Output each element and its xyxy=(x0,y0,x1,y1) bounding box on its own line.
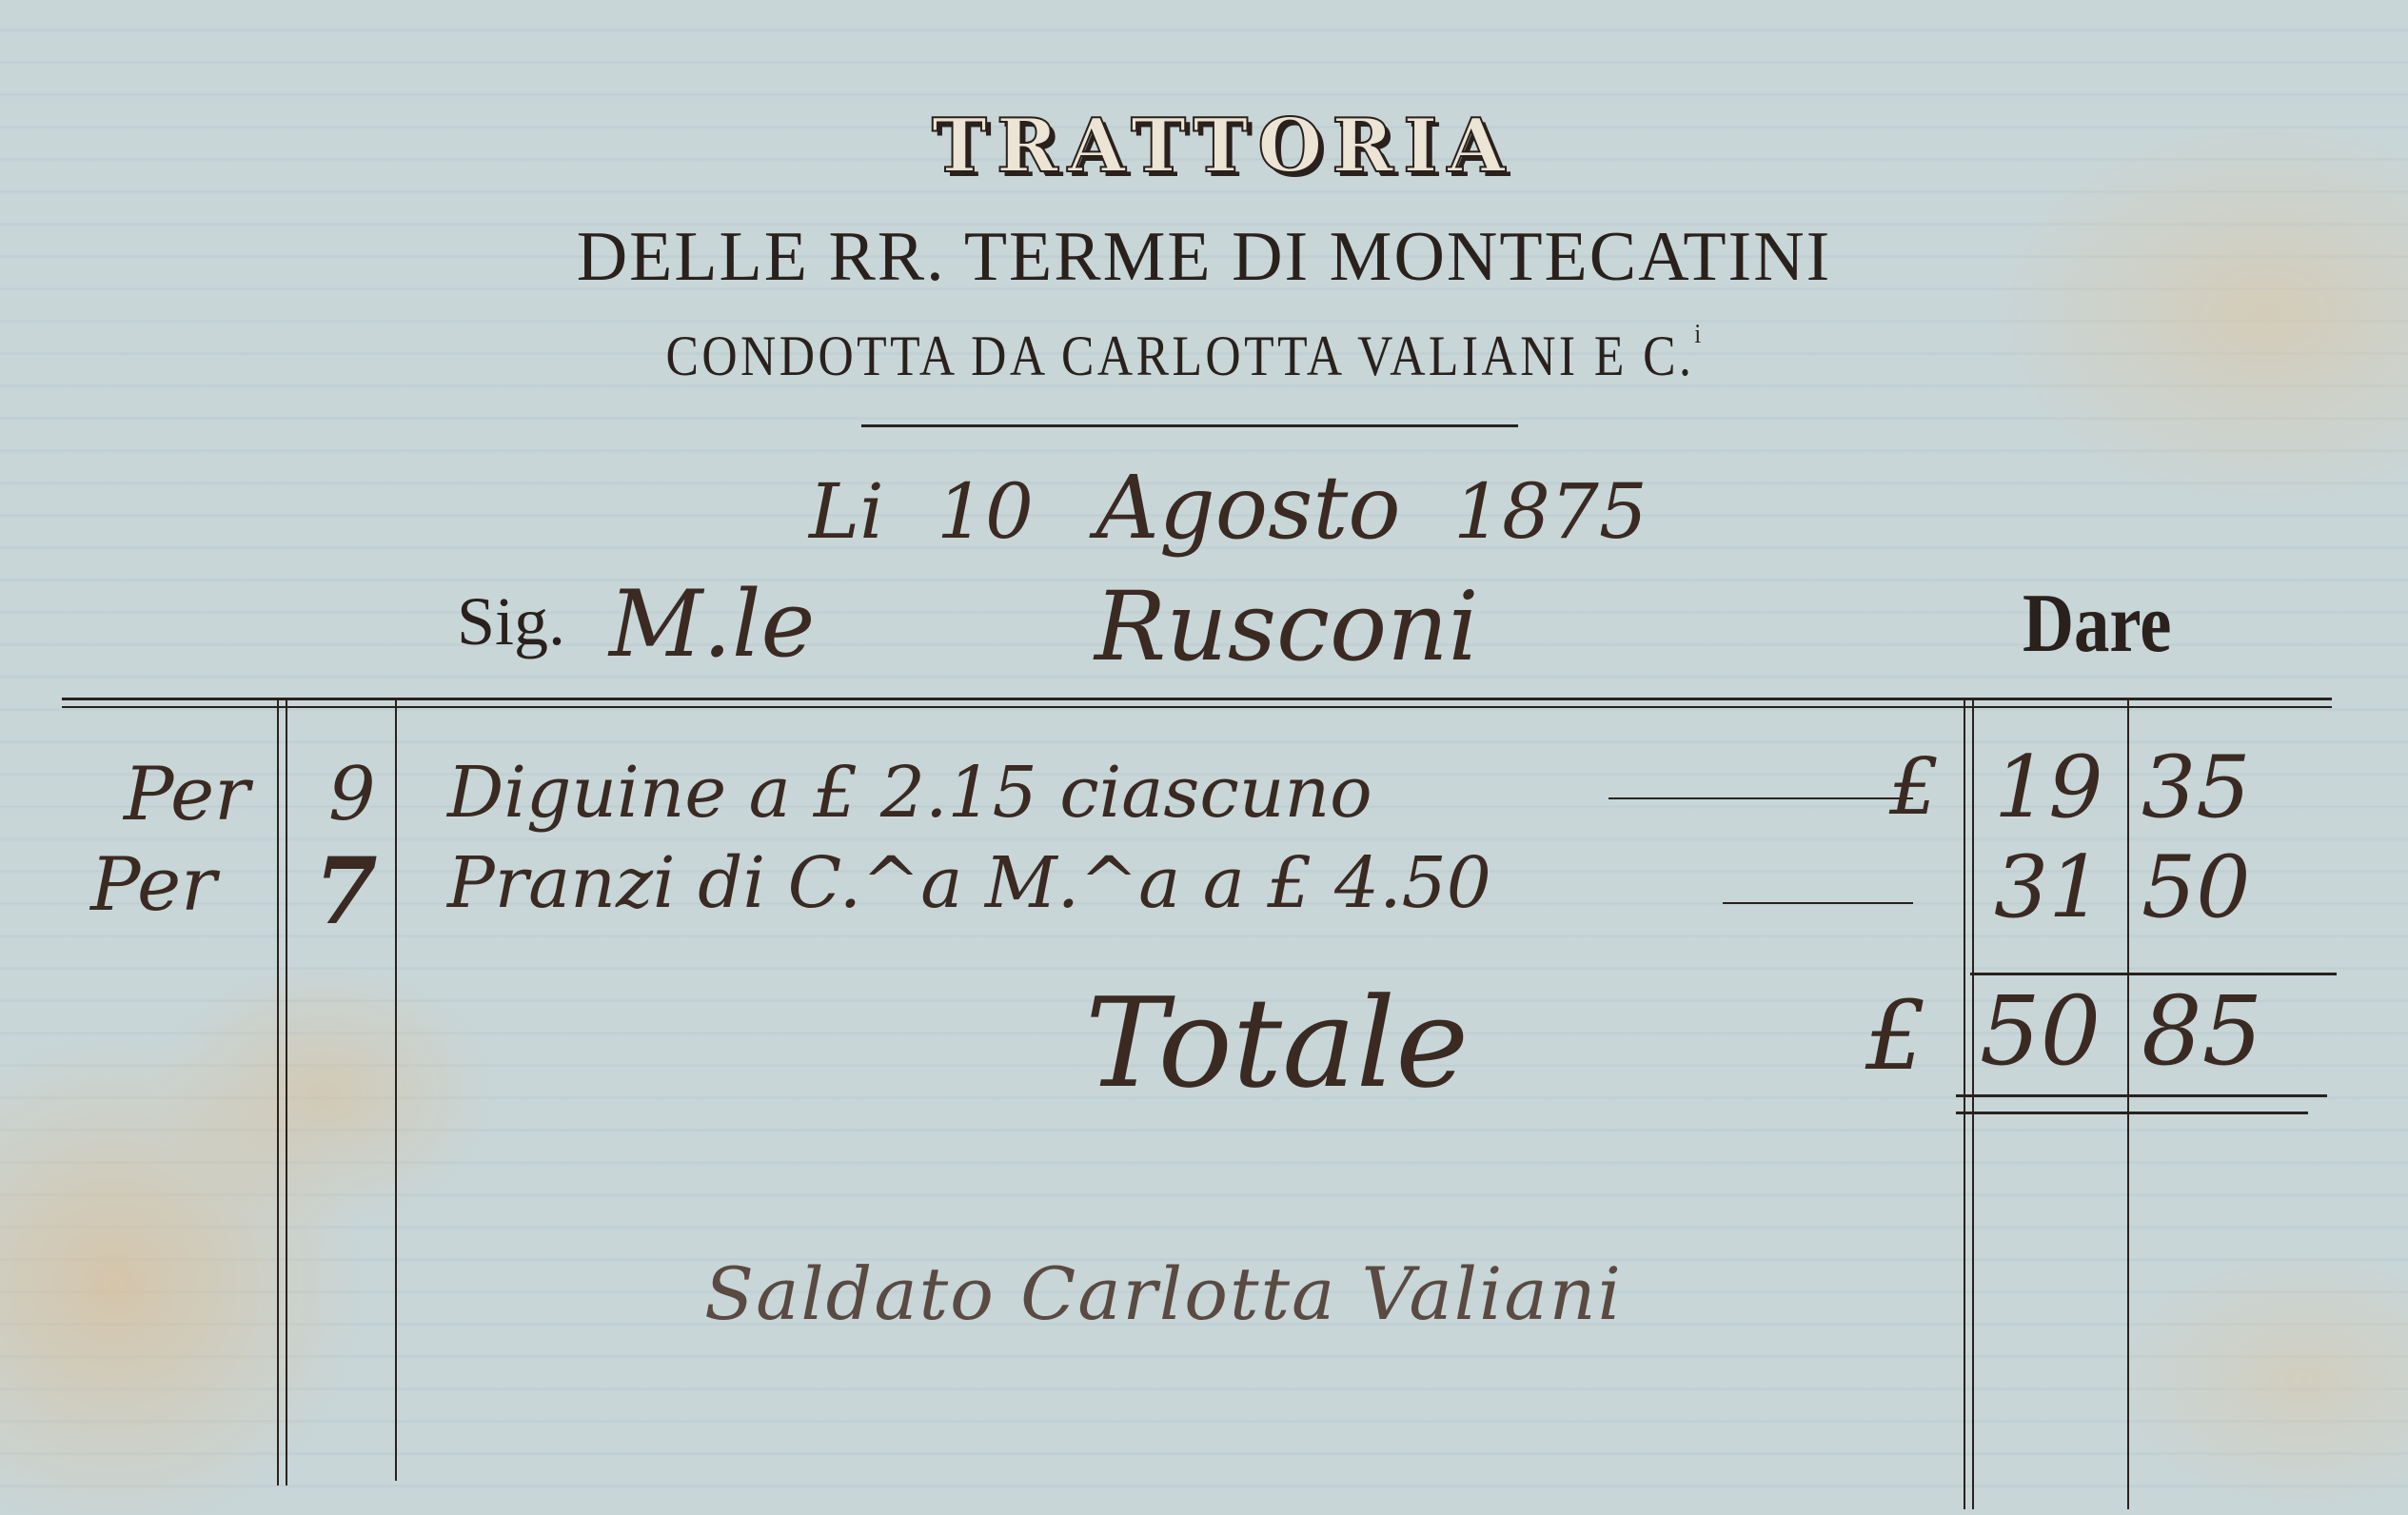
recipient-name: Rusconi xyxy=(1095,571,1479,682)
table-top-rule xyxy=(62,698,2332,700)
total-cents: 85 xyxy=(2142,975,2262,1087)
item-prefix: Per xyxy=(90,842,216,928)
total-lire: 50 xyxy=(1980,975,2101,1087)
date-line: Li 10 Agosto 1875 xyxy=(809,457,1648,559)
col-rule-amount-a xyxy=(1964,700,1965,1509)
header-title: TRATTORIA xyxy=(0,103,2408,189)
col-rule-cents xyxy=(2127,700,2129,1509)
item-quantity: 9 xyxy=(328,752,376,837)
recipient-label: Sig. xyxy=(457,582,565,661)
receipt-paper: TRATTORIA DELLE RR. TERME DI MONTECATINI… xyxy=(0,0,2408,1515)
item-leader-line xyxy=(1609,797,1913,799)
managed-by-sup: i xyxy=(1694,320,1704,349)
date-prefix: Li xyxy=(809,467,884,556)
total-double-rule-top xyxy=(1956,1094,2327,1097)
item-quantity: 7 xyxy=(314,837,378,945)
item-description: Pranzi di C.^a M.^a a £ 4.50 xyxy=(447,842,1491,924)
item-description: Diguine a £ 2.15 ciascuno xyxy=(447,752,1372,834)
item-lire: 19 xyxy=(1994,738,2103,837)
col-rule-qty xyxy=(395,700,397,1481)
header-divider xyxy=(861,424,1518,427)
date-month: Agosto xyxy=(1095,457,1400,559)
managed-by-text: CONDOTTA DA CARLOTTA VALIANI E C. xyxy=(665,325,1694,387)
item-currency: £ xyxy=(1889,742,1939,833)
col-rule-amount-b xyxy=(1972,700,1974,1509)
item-cents: 35 xyxy=(2142,738,2251,837)
column-header-dare: Dare xyxy=(2023,576,2171,672)
date-day: 10 xyxy=(937,467,1034,556)
item-prefix: Per xyxy=(124,752,249,837)
table-top-rule-2 xyxy=(62,706,2332,708)
col-rule-left-a xyxy=(277,700,279,1485)
total-double-rule-bottom xyxy=(1956,1112,2308,1114)
total-currency: £ xyxy=(1865,980,1926,1092)
item-cents: 50 xyxy=(2142,837,2251,937)
total-label: Totale xyxy=(1085,971,1469,1115)
signature: Saldato Carlotta Valiani xyxy=(704,1251,1623,1336)
date-year: 1875 xyxy=(1453,467,1648,556)
item-leader-line xyxy=(1723,902,1913,904)
col-rule-left-b xyxy=(286,700,287,1485)
header-managed-by: CONDOTTA DA CARLOTTA VALIANI E C.i xyxy=(149,324,2220,389)
header-subtitle: DELLE RR. TERME DI MONTECATINI xyxy=(0,217,2408,298)
recipient-title: M.le xyxy=(609,571,815,678)
item-lire: 31 xyxy=(1994,837,2103,937)
